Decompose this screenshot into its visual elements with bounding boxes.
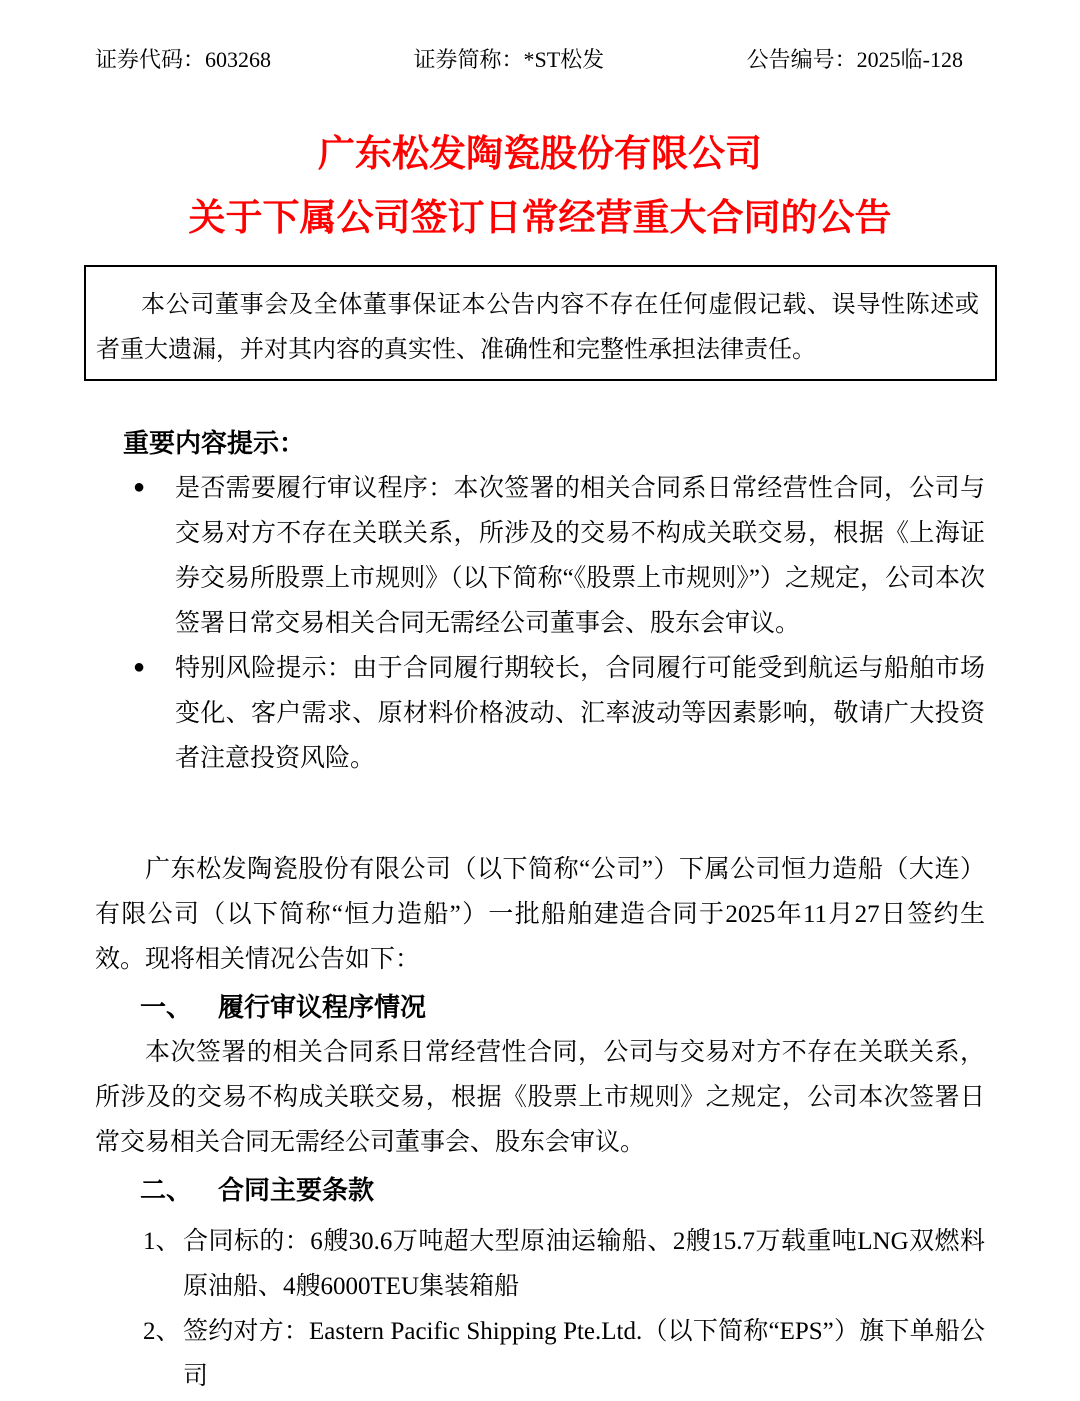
stock-code: 证券代码：603268: [95, 45, 271, 75]
item-text: 合同标的：6艘30.6万吨超大型原油运输船、2艘15.7万载重吨LNG双燃料原油…: [183, 1228, 985, 1300]
intro-paragraph: 广东松发陶瓷股份有限公司（以下简称“公司”）下属公司恒力造船（大连）有限公司（以…: [95, 847, 985, 982]
list-item: ● 特别风险提示：由于合同履行期较长，合同履行可能受到航运与船舶市场变化、客户需…: [95, 646, 985, 781]
section-title: 履行审议程序情况: [218, 992, 426, 1022]
announcement-title: 广东松发陶瓷股份有限公司 关于下属公司签订日常经营重大合同的公告: [95, 123, 985, 251]
highlights-heading: 重要内容提示：: [123, 421, 985, 466]
title-line-company: 广东松发陶瓷股份有限公司: [95, 123, 985, 187]
bullet-icon: ●: [133, 645, 145, 690]
item-text: 签约对方：Eastern Pacific Shipping Pte.Ltd.（以…: [183, 1318, 985, 1390]
doc-header: 证券代码：603268 证券简称：*ST松发 公告编号：2025临-128: [95, 45, 985, 75]
disclaimer-box: 本公司董事会及全体董事保证本公告内容不存在任何虚假记载、误导性陈述或者重大遗漏，…: [84, 265, 997, 381]
list-item: 2、 签约对方：Eastern Pacific Shipping Pte.Ltd…: [95, 1309, 985, 1399]
section-heading-2: 二、合同主要条款: [95, 1168, 985, 1213]
disclaimer-text: 本公司董事会及全体董事保证本公告内容不存在任何虚假记载、误导性陈述或者重大遗漏，…: [96, 283, 979, 373]
bullet-text: 是否需要履行审议程序：本次签署的相关合同系日常经营性合同，公司与交易对方不存在关…: [175, 475, 985, 637]
bullet-icon: ●: [133, 465, 145, 510]
list-item: ● 是否需要履行审议程序：本次签署的相关合同系日常经营性合同，公司与交易对方不存…: [95, 466, 985, 646]
section-title: 合同主要条款: [218, 1175, 374, 1205]
section-number: 一、: [140, 992, 192, 1022]
highlights-list: ● 是否需要履行审议程序：本次签署的相关合同系日常经营性合同，公司与交易对方不存…: [95, 466, 985, 781]
bullet-text: 特别风险提示：由于合同履行期较长，合同履行可能受到航运与船舶市场变化、客户需求、…: [175, 655, 985, 772]
list-item: 1、 合同标的：6艘30.6万吨超大型原油运输船、2艘15.7万载重吨LNG双燃…: [95, 1219, 985, 1309]
stock-abbr: 证券简称：*ST松发: [414, 45, 605, 75]
announcement-page: 证券代码：603268 证券简称：*ST松发 公告编号：2025临-128 广东…: [0, 0, 1080, 1401]
section-heading-1: 一、履行审议程序情况: [95, 985, 985, 1030]
section-number: 二、: [140, 1175, 192, 1205]
section-1-paragraph: 本次签署的相关合同系日常经营性合同，公司与交易对方不存在关联关系，所涉及的交易不…: [95, 1030, 985, 1165]
item-number: 1、: [143, 1219, 181, 1264]
title-line-subject: 关于下属公司签订日常经营重大合同的公告: [95, 187, 985, 251]
announcement-no: 公告编号：2025临-128: [747, 45, 963, 75]
item-number: 2、: [143, 1309, 181, 1354]
contract-terms-list: 1、 合同标的：6艘30.6万吨超大型原油运输船、2艘15.7万载重吨LNG双燃…: [95, 1219, 985, 1399]
